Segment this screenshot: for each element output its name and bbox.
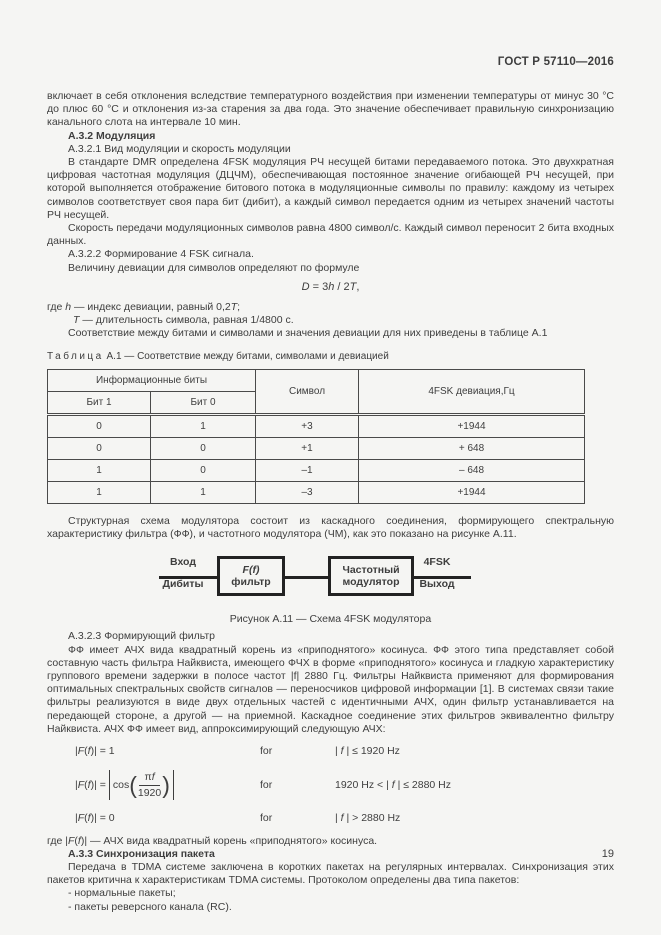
definition-h: где h — индекс девиации, равный 0,2T; bbox=[47, 301, 614, 314]
table-header-bit0: Бит 0 bbox=[151, 391, 256, 414]
table-row: 00+1+ 648 bbox=[48, 437, 585, 459]
heading-a322: А.3.2.2 Формирование 4 FSK сигнала. bbox=[47, 248, 614, 261]
table-header-deviation: 4FSK девиация,Гц bbox=[359, 369, 585, 414]
list-item-normal-packets: - нормальные пакеты; bbox=[47, 887, 614, 900]
modulator-block-line1: Частотный bbox=[342, 564, 399, 576]
table-caption-title: А.1 — Соответствие между битами, символа… bbox=[104, 351, 389, 362]
table-cell: +3 bbox=[256, 414, 359, 437]
diagram-input-labels: Вход Дибиты bbox=[151, 556, 215, 590]
table-cell: –1 bbox=[256, 459, 359, 481]
paragraph-shaping-filter: ФФ имеет АЧХ вида квадратный корень из «… bbox=[47, 644, 614, 736]
output-label-top: 4FSK bbox=[424, 556, 451, 568]
modulator-block-line2: модулятор bbox=[342, 576, 399, 588]
paragraph-tdma: Передача в TDMA системе заключена в коро… bbox=[47, 861, 614, 887]
intro-paragraph: включает в себя отклонения вследствие те… bbox=[47, 90, 614, 130]
formula-row2-expression: |F(f)| = cos(πf1920) bbox=[75, 770, 260, 800]
formula-row2-lhs: |F(f)| = bbox=[75, 779, 106, 792]
diagram-output-labels: 4FSK Выход bbox=[405, 556, 469, 590]
cos-label: cos bbox=[113, 779, 129, 792]
table-cell: 0 bbox=[151, 459, 256, 481]
fraction-numerator: πf bbox=[139, 771, 159, 786]
table-cell: 1 bbox=[151, 481, 256, 503]
page-number: 19 bbox=[602, 848, 614, 861]
table-header-row-group: Информационные биты Символ 4FSK девиация… bbox=[48, 369, 585, 391]
document-title: ГОСТ Р 57110—2016 bbox=[498, 56, 614, 69]
filter-block-label: фильтр bbox=[231, 576, 270, 588]
formula-row1-for: for bbox=[260, 745, 335, 758]
fraction: πf1920 bbox=[138, 771, 161, 800]
formula-row1-expression: |F(f)| = 1 bbox=[75, 745, 260, 758]
paragraph-table-ref: Соответствие между битами и символами и … bbox=[47, 327, 614, 340]
table-row: 01+3+1944 bbox=[48, 414, 585, 437]
table-header-bit1: Бит 1 bbox=[48, 391, 151, 414]
heading-a323: А.3.2.3 Формирующий фильтр bbox=[47, 630, 614, 643]
table-cell: +1944 bbox=[359, 414, 585, 437]
abs-bar-left bbox=[109, 770, 110, 800]
heading-a321: А.3.2.1 Вид модуляции и скорость модуляц… bbox=[47, 143, 614, 156]
filter-block-formula: F(f) bbox=[243, 564, 260, 576]
table-cell: –3 bbox=[256, 481, 359, 503]
table-cell: 0 bbox=[48, 414, 151, 437]
table-a1-body: 01+3+194400+1+ 64810–1– 64811–3+1944 bbox=[48, 414, 585, 503]
formula-row3-condition: | f | > 2880 Hz bbox=[335, 812, 400, 825]
input-label-top: Вход bbox=[170, 556, 196, 568]
paren-left: ( bbox=[129, 772, 137, 798]
table-cell: 0 bbox=[48, 437, 151, 459]
formula-row-2: |F(f)| = cos(πf1920) for 1920 Hz < | f |… bbox=[75, 770, 614, 800]
table-cell: – 648 bbox=[359, 459, 585, 481]
formula-row-3: |F(f)| = 0 for | f | > 2880 Hz bbox=[75, 812, 614, 825]
heading-a32: А.3.2 Модуляция bbox=[47, 130, 614, 143]
formula-row-1: |F(f)| = 1 for | f | ≤ 1920 Hz bbox=[75, 745, 614, 758]
paragraph-symbol-rate: Скорость передачи модуляционных символов… bbox=[47, 222, 614, 248]
frequency-modulator-block: Частотный модулятор bbox=[328, 556, 414, 596]
paragraph-modulator-scheme: Структурная схема модулятора состоит из … bbox=[47, 515, 614, 541]
table-row: 10–1– 648 bbox=[48, 459, 585, 481]
table-cell: 1 bbox=[48, 481, 151, 503]
table-cell: + 648 bbox=[359, 437, 585, 459]
page-content: включает в себя отклонения вследствие те… bbox=[47, 90, 614, 914]
table-cell: 0 bbox=[151, 437, 256, 459]
table-cell: 1 bbox=[151, 414, 256, 437]
table-cell: 1 bbox=[48, 459, 151, 481]
formula-row2-condition: 1920 Hz < | f | ≤ 2880 Hz bbox=[335, 779, 451, 792]
paragraph-deviation: Величину девиации для символов определяю… bbox=[47, 262, 614, 275]
paren-right: ) bbox=[162, 772, 170, 798]
table-caption-label: Таблица bbox=[47, 351, 104, 362]
heading-a33: А.3.3 Синхронизация пакета bbox=[47, 848, 614, 861]
filter-block: F(f) фильтр bbox=[217, 556, 285, 596]
paragraph-modulation: В стандарте DMR определена 4FSK модуляци… bbox=[47, 156, 614, 222]
definition-t: T — длительность символа, равная 1/4800 … bbox=[47, 314, 614, 327]
formula-row3-expression: |F(f)| = 0 bbox=[75, 812, 260, 825]
list-item-rc-packets: - пакеты реверсного канала (RC). bbox=[47, 901, 614, 914]
table-caption: Таблица А.1 — Соответствие между битами,… bbox=[47, 350, 614, 363]
document-page: ГОСТ Р 57110—2016 включает в себя отклон… bbox=[0, 0, 661, 935]
abs-bar-right bbox=[173, 770, 174, 800]
definition-ff: где |F(f)| — АЧХ вида квадратный корень … bbox=[47, 835, 614, 848]
table-header-symbol: Символ bbox=[256, 369, 359, 414]
table-row: 11–3+1944 bbox=[48, 481, 585, 503]
table-header-info-bits: Информационные биты bbox=[48, 369, 256, 391]
input-label-bottom: Дибиты bbox=[163, 578, 204, 590]
formula-row2-for: for bbox=[260, 779, 335, 792]
table-a1: Информационные биты Символ 4FSK девиация… bbox=[47, 369, 585, 504]
formula-row3-for: for bbox=[260, 812, 335, 825]
fraction-denominator: 1920 bbox=[138, 786, 161, 800]
table-cell: +1 bbox=[256, 437, 359, 459]
figure-a11-caption: Рисунок А.11 — Схема 4FSK модулятора bbox=[47, 613, 614, 626]
table-a1-header: Информационные биты Символ 4FSK девиация… bbox=[48, 369, 585, 414]
formula-deviation: D = 3h / 2T, bbox=[47, 281, 614, 294]
figure-a11-diagram: Вход Дибиты F(f) фильтр Частотный модуля… bbox=[47, 553, 614, 605]
table-cell: +1944 bbox=[359, 481, 585, 503]
output-label-bottom: Выход bbox=[419, 578, 454, 590]
formula-row1-condition: | f | ≤ 1920 Hz bbox=[335, 745, 400, 758]
